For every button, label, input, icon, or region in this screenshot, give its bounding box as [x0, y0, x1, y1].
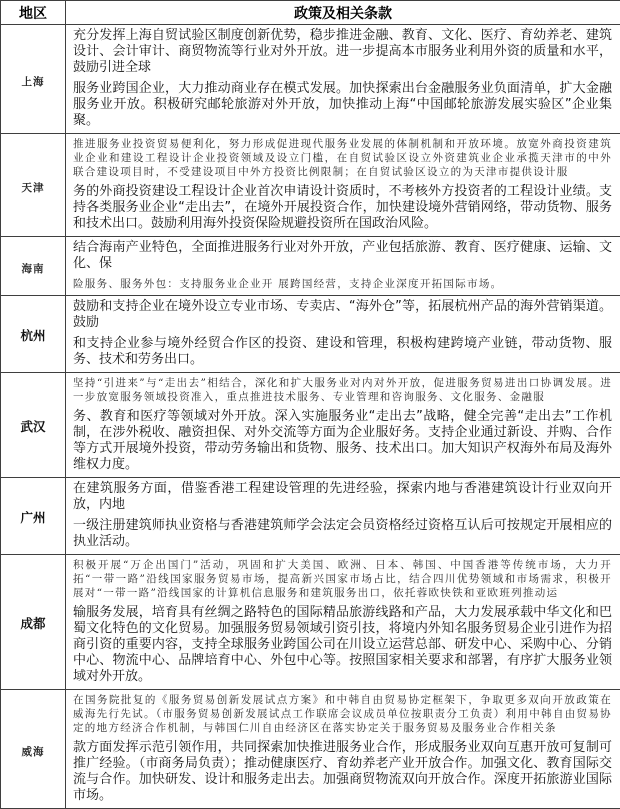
region-name-cell: 广州	[1, 478, 66, 555]
policy-cell: 推进服务业投资贸易便利化，努力形成促进现代服务业发展的体制机制和开放环境。放宽外…	[66, 134, 620, 237]
policy-segment: 积极开展“万企出国门”活动，巩固和扩大美国、欧洲、日本、韩国、中国香港等传统市场…	[73, 558, 612, 600]
policy-segment: 款方面发挥示范引领作用，共同探索加快推进服务业合作，形成服务业双向互惠开放可复制…	[73, 740, 612, 804]
table-row-hainan: 海南 结合海南产业特色，全面推进服务行业对外开放，产业包括旅游、教育、医疗健康、…	[1, 237, 620, 296]
header-policy-label: 政策及相关条款	[294, 6, 392, 22]
region-name-cell: 武汉	[1, 373, 66, 478]
region-name: 天津	[22, 182, 45, 194]
policy-segment: 服务业跨国企业，大力推动商业存在模式发展。加快探索出台金融服务业负面清单，扩大金…	[73, 81, 612, 129]
region-name-cell: 天津	[1, 134, 66, 237]
region-name: 广州	[20, 510, 45, 525]
table-row-shanghai: 上海 充分发挥上海自贸试验区制度创新优势，稳步推进金融、教育、文化、医疗、育幼养…	[1, 25, 620, 134]
policy-cell: 积极开展“万企出国门”活动，巩固和扩大美国、欧洲、日本、韩国、中国香港等传统市场…	[66, 555, 620, 690]
policy-segment: 结合海南产业特色，全面推进服务行业对外开放，产业包括旅游、教育、医疗健康、运输、…	[73, 240, 612, 272]
header-region-label: 地区	[19, 6, 47, 22]
policy-segment: 在建筑服务方面，借鉴香港工程建设管理的先进经验，探索内地与香港建筑设计行业双向开…	[73, 481, 612, 513]
policy-segment: 鼓励和支持企业在境外设立专业市场、专卖店、“海外仓”等，拓展杭州产品的海外营销渠…	[73, 299, 612, 331]
region-name: 成都	[20, 616, 45, 631]
table-row-weihai: 威海 在国务院批复的《服务贸易创新发展试点方案》和中韩自由贸易协定框架下，争取更…	[1, 690, 620, 809]
policy-segment: 推进服务业投资贸易便利化，努力形成促进现代服务业发展的体制机制和开放环境。放宽外…	[73, 137, 612, 179]
region-name-cell: 海南	[1, 237, 66, 296]
policy-segment: 坚持“引进来”与“走出去”相结合，深化和扩大服务业对内对外开放，促进服务贸易进出…	[73, 376, 612, 404]
region-name: 海南	[22, 263, 45, 275]
policy-segment: 输服务发展，培育具有丝绸之路特色的国际精品旅游线路和产品，大力发展承载中华文化和…	[73, 605, 612, 685]
header-region-cell: 地区	[1, 1, 66, 25]
policy-segment: 务、教育和医疗等领域对外开放。深入实施服务业“走出去”战略，健全完善“走出去”工…	[73, 409, 612, 473]
policy-cell: 坚持“引进来”与“走出去”相结合，深化和扩大服务业对内对外开放，促进服务贸易进出…	[66, 373, 620, 478]
table-header-row: 地区 政策及相关条款	[1, 1, 620, 25]
policy-cell: 在国务院批复的《服务贸易创新发展试点方案》和中韩自由贸易协定框架下，争取更多双向…	[66, 690, 620, 809]
header-policy-cell: 政策及相关条款	[66, 1, 620, 25]
policy-segment: 充分发挥上海自贸试验区制度创新优势，稳步推进金融、教育、文化、医疗、育幼养老、建…	[73, 28, 612, 76]
region-name: 上海	[22, 76, 45, 88]
policy-segment: 在国务院批复的《服务贸易创新发展试点方案》和中韩自由贸易协定框架下，争取更多双向…	[73, 693, 612, 735]
table-row-tianjin: 天津 推进服务业投资贸易便利化，努力形成促进现代服务业发展的体制机制和开放环境。…	[1, 134, 620, 237]
table-row-hangzhou: 杭州 鼓励和支持企业在境外设立专业市场、专卖店、“海外仓”等，拓展杭州产品的海外…	[1, 296, 620, 373]
region-name-cell: 杭州	[1, 296, 66, 373]
policy-cell: 结合海南产业特色，全面推进服务行业对外开放，产业包括旅游、教育、医疗健康、运输、…	[66, 237, 620, 296]
policy-cell: 充分发挥上海自贸试验区制度创新优势，稳步推进金融、教育、文化、医疗、育幼养老、建…	[66, 25, 620, 134]
table-row-chengdu: 成都 积极开展“万企出国门”活动，巩固和扩大美国、欧洲、日本、韩国、中国香港等传…	[1, 555, 620, 690]
policy-segment: 险服务、服务外包：支持服务业企业开 展跨国经营，支持企业深度开拓国际市场。	[73, 277, 612, 291]
region-name-cell: 上海	[1, 25, 66, 134]
policy-table: 地区 政策及相关条款 上海 充分发挥上海自贸试验区制度创新优势，稳步推进金融、教…	[0, 0, 620, 809]
policy-segment: 一级注册建筑师执业资格与香港建筑师学会法定会员资格经过资格互认后可按规定开展相应…	[73, 518, 612, 550]
table-row-guangzhou: 广州 在建筑服务方面，借鉴香港工程建设管理的先进经验，探索内地与香港建筑设计行业…	[1, 478, 620, 555]
policy-segment: 和支持企业参与境外经贸合作区的投资、建设和管理，积极构建跨境产业链，带动货物、服…	[73, 336, 612, 368]
region-name: 威海	[22, 746, 45, 758]
region-name: 杭州	[20, 328, 45, 343]
region-name-cell: 威海	[1, 690, 66, 809]
region-name-cell: 成都	[1, 555, 66, 690]
table-row-wuhan: 武汉 坚持“引进来”与“走出去”相结合，深化和扩大服务业对内对外开放，促进服务贸…	[1, 373, 620, 478]
policy-cell: 在建筑服务方面，借鉴香港工程建设管理的先进经验，探索内地与香港建筑设计行业双向开…	[66, 478, 620, 555]
policy-segment: 务的外商投资建设工程设计企业首次申请设计资质时，不考核外方投资者的工程设计业绩。…	[73, 184, 612, 232]
policy-cell: 鼓励和支持企业在境外设立专业市场、专卖店、“海外仓”等，拓展杭州产品的海外营销渠…	[66, 296, 620, 373]
region-name: 武汉	[20, 419, 45, 434]
